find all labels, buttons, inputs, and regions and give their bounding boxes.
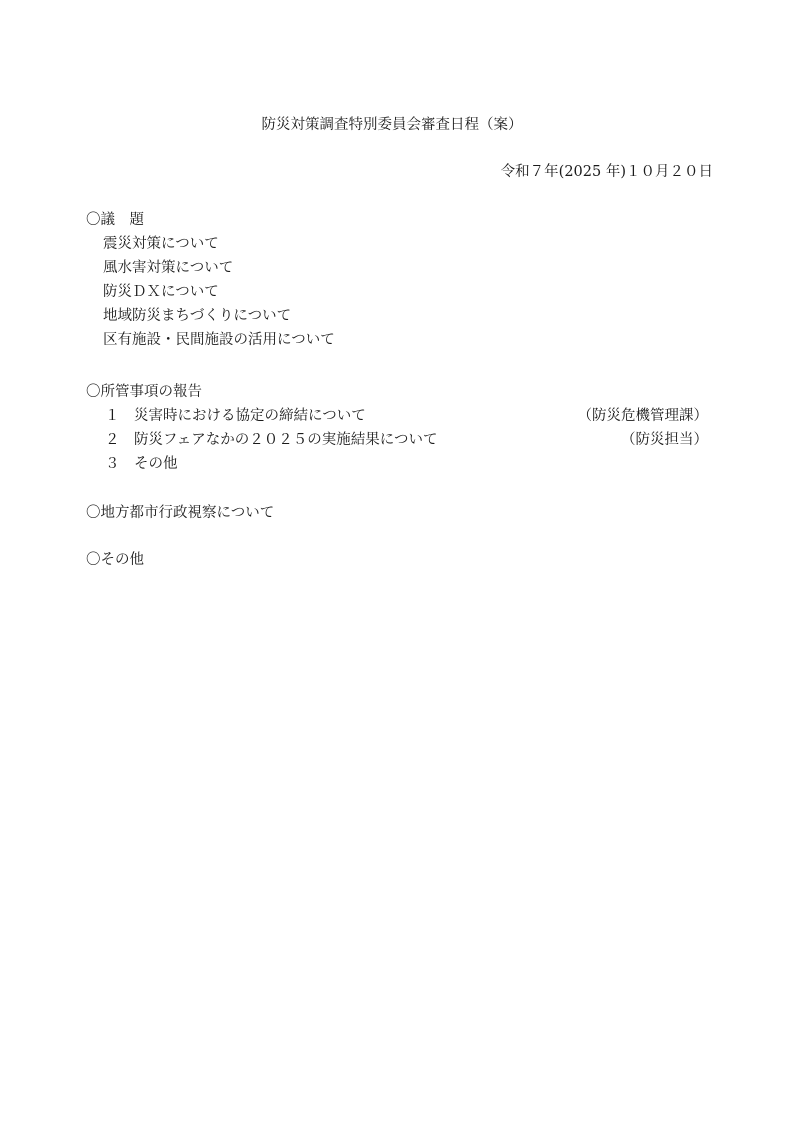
document-date: 令和７年(2025 年)１０月２０日: [501, 165, 713, 180]
report-number: １: [105, 409, 120, 424]
report-text: 防災フェアなかの２０２５の実施結果について: [134, 433, 437, 448]
report-department: （防災担当）: [621, 433, 708, 448]
report-text: その他: [134, 457, 178, 472]
other-heading: 〇その他: [86, 553, 144, 568]
agenda-item: 風水害対策について: [103, 261, 233, 276]
report-department: （防災危機管理課）: [578, 409, 709, 424]
agenda-item: 区有施設・民間施設の活用について: [103, 333, 335, 348]
report-number: ２: [105, 433, 120, 448]
report-number: ３: [105, 457, 120, 472]
document-title: 防災対策調査特別委員会審査日程（案）: [0, 118, 794, 133]
agenda-item: 震災対策について: [103, 237, 219, 252]
report-text: 災害時における協定の締結について: [134, 409, 366, 424]
inspection-heading: 〇地方都市行政視察について: [86, 506, 274, 521]
reports-heading: 〇所管事項の報告: [86, 385, 202, 400]
agenda-heading: 〇議 題: [86, 213, 144, 228]
agenda-item: 地域防災まちづくりについて: [103, 309, 291, 324]
agenda-item: 防災ＤＸについて: [103, 285, 219, 300]
